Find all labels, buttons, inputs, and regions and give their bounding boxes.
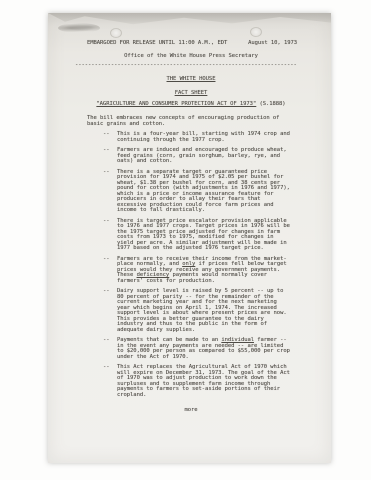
release-line: EMBARGOED FOR RELEASE UNTIL 11:00 A.M., … [87,41,297,47]
more-indicator: more [75,408,307,414]
dashed-separator: ----------------------------------------… [75,63,307,69]
doc-type-text: FACT SHEET [175,90,208,96]
bullet-item: -- Dairy support level is raised by 5 pe… [103,289,307,333]
bullet-dash: -- [103,365,117,398]
bullet-text: Dairy support level is raised by 5 perce… [117,289,293,333]
bullet-dash: -- [103,148,117,165]
bullet-dash: -- [103,257,117,285]
org-title: THE WHITE HOUSE [75,77,307,83]
doc-type-title: FACT SHEET [75,91,307,97]
bullet-text: This is a four-year bill, starting with … [117,132,293,143]
staple-mark-left [110,28,122,38]
org-title-text: THE WHITE HOUSE [167,76,216,82]
office-line: Office of the White House Press Secretar… [75,54,307,60]
bullet-item: -- There is target price escalator provi… [103,219,307,252]
bullet-list: -- This is a four-year bill, starting wi… [75,132,307,398]
act-title-line: "AGRICULTURE AND CONSUMER PROTECTION ACT… [75,102,307,108]
bullet-dash: -- [103,132,117,143]
bullet-text: Farmers are to receive their income from… [117,257,293,285]
document-content: EMBARGOED FOR RELEASE UNTIL 11:00 A.M., … [75,41,307,414]
bullet-dash: -- [103,170,117,214]
bullet-text: This Act replaces the Agricultural Act o… [117,365,293,398]
bullet-item: -- Farmers are to receive their income f… [103,257,307,285]
scanned-document-page: EMBARGOED FOR RELEASE UNTIL 11:00 A.M., … [48,13,331,463]
intro-paragraph: The bill embraces new concepts of encour… [87,116,297,127]
embargo-text: EMBARGOED FOR RELEASE UNTIL 11:00 A.M., … [87,41,227,47]
bullet-item: -- There is a separate target or guarant… [103,170,307,214]
paper-smudge [58,23,100,33]
bullet-item: -- This Act replaces the Agricultural Ac… [103,365,307,398]
bullet-text: Farmers are induced and encouraged to pr… [117,148,293,165]
bullet-dash: -- [103,219,117,252]
bullet-item: -- Payments that can be made to an indiv… [103,338,307,360]
bullet-dash: -- [103,338,117,360]
bullet-text: There is a separate target or guaranteed… [117,170,293,214]
bullet-text: There is target price escalator provisio… [117,219,293,252]
act-title-text: "AGRICULTURE AND CONSUMER PROTECTION ACT… [96,101,256,107]
staple-mark-right [250,27,262,37]
bullet-dash: -- [103,289,117,333]
bullet-item: -- This is a four-year bill, starting wi… [103,132,307,143]
bullet-item: -- Farmers are induced and encouraged to… [103,148,307,165]
release-date: August 10, 1973 [248,41,297,47]
bullet-text: Payments that can be made to an individu… [117,338,293,360]
act-number-text: (S.1888) [256,101,285,107]
